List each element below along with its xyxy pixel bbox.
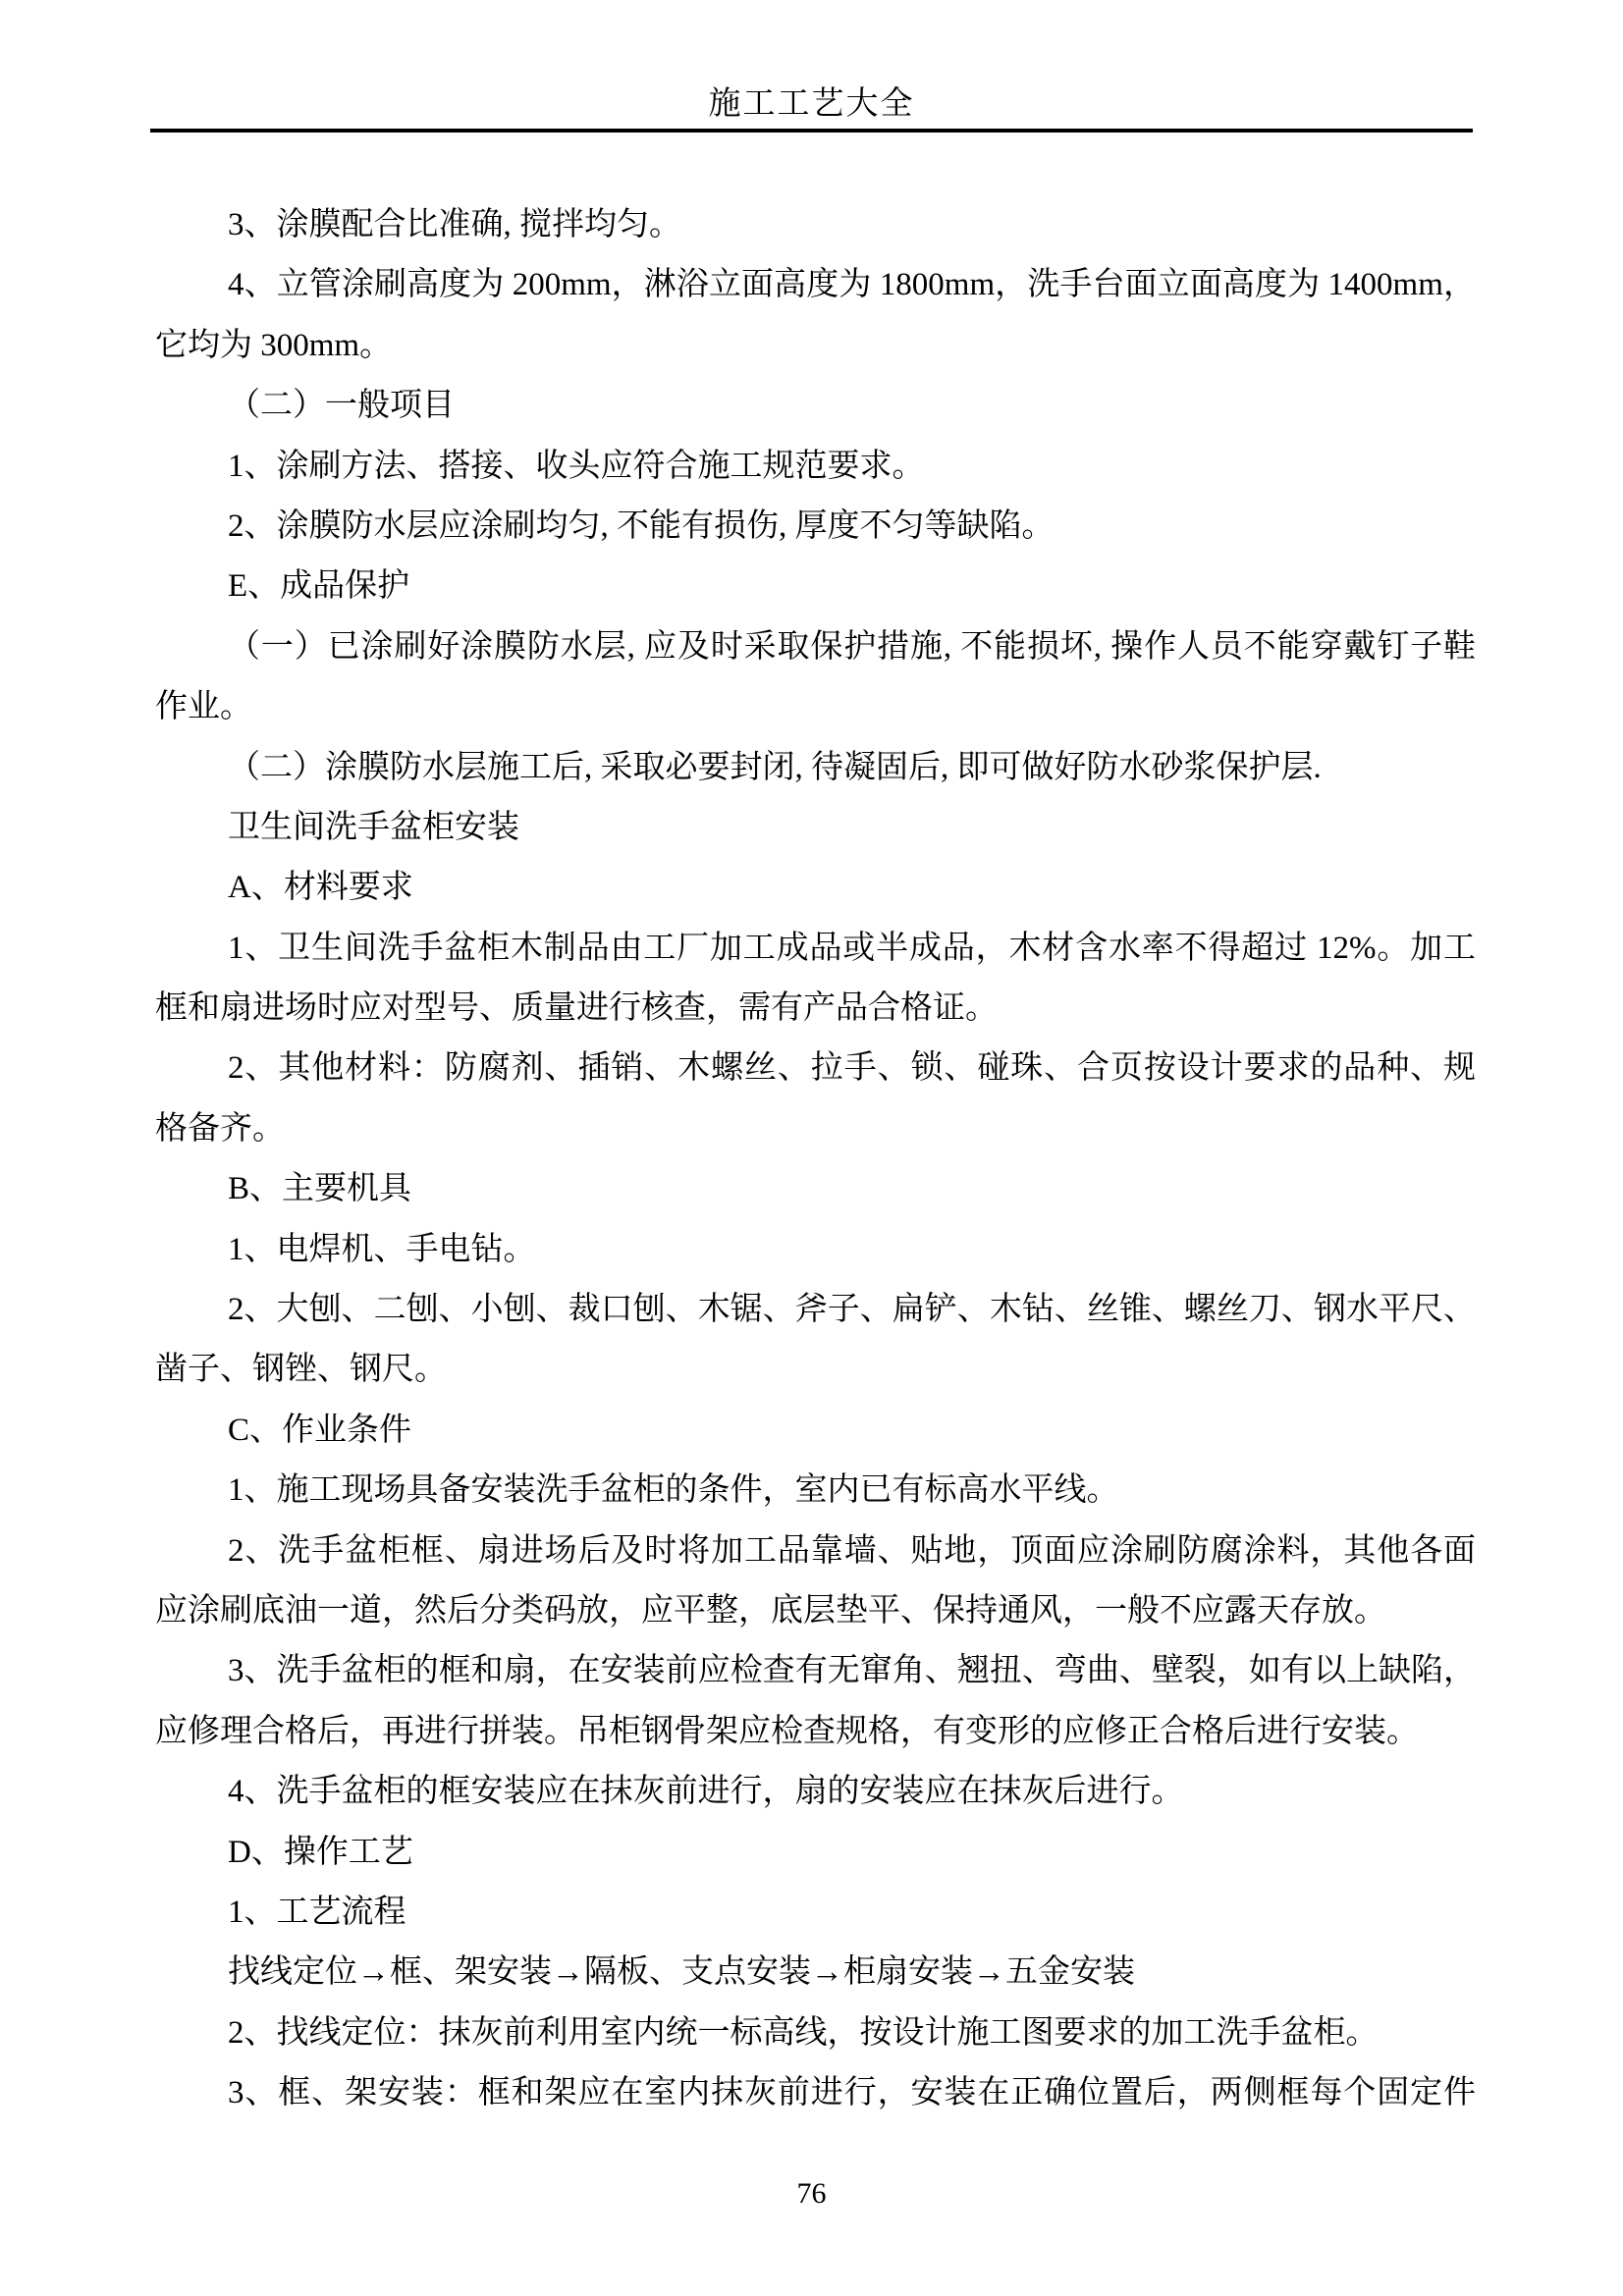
text-line: 1、电焊机、手电钻。 — [155, 1220, 1476, 1280]
text-line: 框和扇进场时应对型号、质量进行核查，需有产品合格证。 — [155, 979, 1476, 1039]
text-line: 应涂刷底油一道，然后分类码放，应平整，底层垫平、保持通风，一般不应露天存放。 — [155, 1581, 1476, 1641]
text-line: 1、涂刷方法、搭接、收头应符合施工规范要求。 — [155, 437, 1476, 497]
text-line: C、作业条件 — [155, 1401, 1476, 1461]
text-line: 应修理合格后，再进行拼装。吊柜钢骨架应检查规格，有变形的应修正合格后进行安装。 — [155, 1702, 1476, 1762]
text-line: 它均为 300mm。 — [155, 316, 1476, 376]
page-header-title: 施工工艺大全 — [0, 85, 1623, 123]
text-line: A、材料要求 — [155, 858, 1476, 918]
text-line: 1、施工现场具备安装洗手盆柜的条件，室内已有标高水平线。 — [155, 1461, 1476, 1521]
document-page: 施工工艺大全 3、涂膜配合比准确, 搅拌均匀。 4、立管涂刷高度为 200mm，… — [0, 0, 1623, 2296]
text-line: 3、框、架安装：框和架应在室内抹灰前进行，安装在正确位置后，两侧框每个固定件 — [155, 2063, 1476, 2123]
text-line: 格备齐。 — [155, 1099, 1476, 1159]
page-number: 76 — [0, 2175, 1623, 2213]
text-line: 作业。 — [155, 677, 1476, 737]
text-line: 4、洗手盆柜的框安装应在抹灰前进行，扇的安装应在抹灰后进行。 — [155, 1762, 1476, 1822]
text-line: 找线定位→框、架安装→隔板、支点安装→柜扇安装→五金安装 — [155, 1943, 1476, 2002]
text-line: （二）涂膜防水层施工后, 采取必要封闭, 待凝固后, 即可做好防水砂浆保护层. — [155, 738, 1476, 798]
text-line: （一）已涂刷好涂膜防水层, 应及时采取保护措施, 不能损坏, 操作人员不能穿戴钉… — [155, 617, 1476, 677]
text-line: 2、涂膜防水层应涂刷均匀, 不能有损伤, 厚度不匀等缺陷。 — [155, 497, 1476, 557]
text-line: D、操作工艺 — [155, 1823, 1476, 1883]
text-line: 2、其他材料：防腐剂、插销、木螺丝、拉手、锁、碰珠、合页按设计要求的品种、规 — [155, 1039, 1476, 1098]
text-line: 4、立管涂刷高度为 200mm，淋浴立面高度为 1800mm，洗手台面立面高度为… — [155, 255, 1476, 315]
text-line: B、主要机具 — [155, 1159, 1476, 1219]
text-line: 1、工艺流程 — [155, 1883, 1476, 1943]
text-line: （二）一般项目 — [155, 376, 1476, 436]
document-body: 3、涂膜配合比准确, 搅拌均匀。 4、立管涂刷高度为 200mm，淋浴立面高度为… — [155, 195, 1476, 2124]
text-line: 3、涂膜配合比准确, 搅拌均匀。 — [155, 195, 1476, 255]
text-line: 卫生间洗手盆柜安装 — [155, 798, 1476, 858]
text-line: 凿子、钢锉、钢尺。 — [155, 1340, 1476, 1400]
text-line: 3、洗手盆柜的框和扇，在安装前应检查有无窜角、翘扭、弯曲、壁裂，如有以上缺陷， — [155, 1641, 1476, 1701]
header-rule — [150, 129, 1473, 133]
text-line: 2、洗手盆柜框、扇进场后及时将加工品靠墙、贴地，顶面应涂刷防腐涂料，其他各面 — [155, 1522, 1476, 1581]
text-line: E、成品保护 — [155, 557, 1476, 616]
text-line: 2、找线定位：抹灰前利用室内统一标高线，按设计施工图要求的加工洗手盆柜。 — [155, 2003, 1476, 2063]
text-line: 1、卫生间洗手盆柜木制品由工厂加工成品或半成品，木材含水率不得超过 12%。加工… — [155, 919, 1476, 979]
text-line: 2、大刨、二刨、小刨、裁口刨、木锯、斧子、扁铲、木钻、丝锥、螺丝刀、钢水平尺、 — [155, 1280, 1476, 1340]
